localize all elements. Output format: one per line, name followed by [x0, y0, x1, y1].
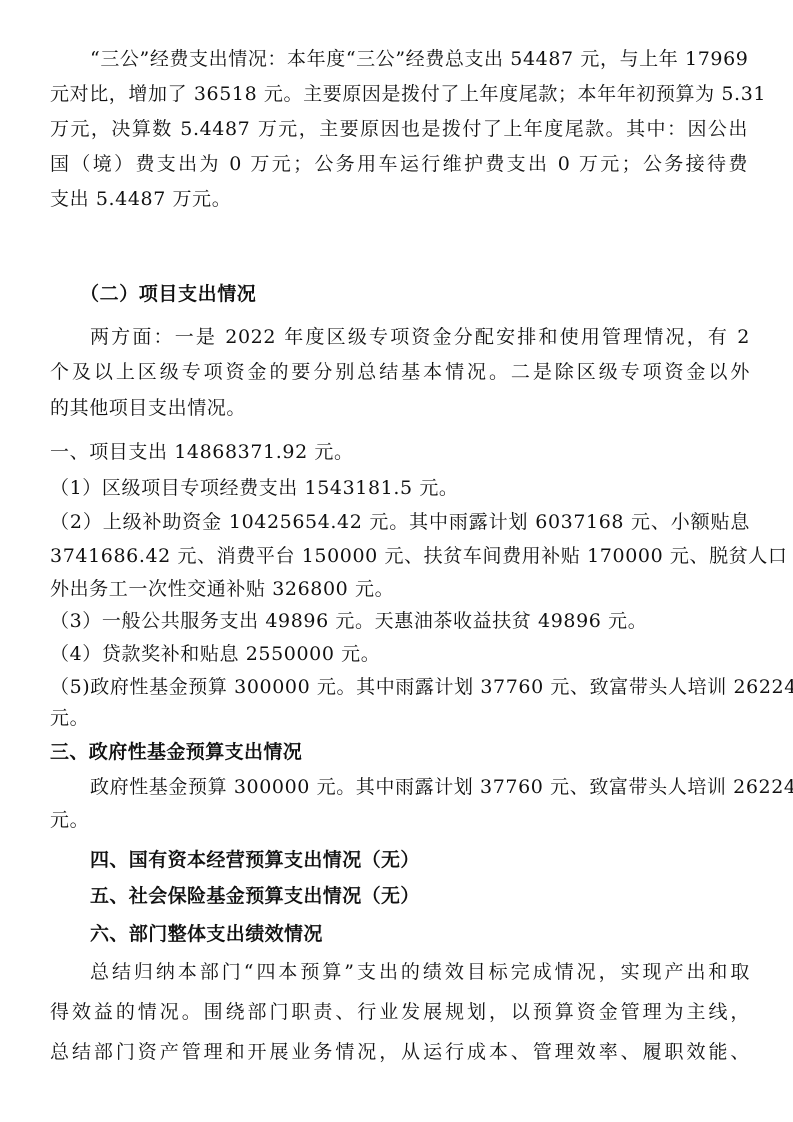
section-heading-social-insurance: 五、社会保险基金预算支出情况（无） [90, 884, 420, 908]
text: （5)政府性基金预算 300000 元。其中雨露计划 37760 元、致富带头人… [50, 675, 750, 699]
paragraph-line: 支出 5.4487 万元。 [50, 187, 231, 211]
paragraph-line: 总结归纳本部门“四本预算”支出的绩效目标完成情况，实现产出和取 [90, 960, 750, 984]
paragraph-line: 个及以上区级专项资金的要分别总结基本情况。二是除区级专项资金以外 [50, 360, 750, 384]
paragraph-line: 得效益的情况。围绕部门职责、行业发展规划，以预算资金管理为主线， [50, 1000, 750, 1024]
text: 个及以上区级专项资金的要分别总结基本情况。二是除区级专项资金以外 [50, 360, 750, 384]
text: 元对比，增加了 36518 元。主要原因是拨付了上年度尾款；本年年初预算为 5.… [50, 82, 748, 106]
text: 政府性基金预算 300000 元。其中雨露计划 37760 元、致富带头人培训 … [90, 775, 750, 799]
text: 万元，决算数 5.4487 万元，主要原因也是拨付了上年度尾款。其中：因公出 [50, 117, 748, 141]
text: 两方面：一是 2022 年度区级专项资金分配安排和使用管理情况，有 2 [90, 325, 750, 349]
text: 国（境）费支出为 0 万元；公务用车运行维护费支出 0 万元；公务接待费 [50, 152, 748, 176]
paragraph-line: 万元，决算数 5.4487 万元，主要原因也是拨付了上年度尾款。其中：因公出 [50, 117, 748, 141]
document-page: “三公”经费支出情况：本年度“三公”经费总支出 54487 元，与上年 1796… [0, 0, 793, 1122]
item-2-line: （2）上级补助资金 10425654.42 元。其中雨露计划 6037168 元… [50, 510, 750, 534]
text: （2）上级补助资金 10425654.42 元。其中雨露计划 6037168 元… [50, 510, 750, 534]
text: 总结部门资产管理和开展业务情况，从运行成本、管理效率、履职效能、 [50, 1040, 750, 1064]
item-3: （3）一般公共服务支出 49896 元。天惠油茶收益扶贫 49896 元。 [50, 609, 647, 633]
text: 得效益的情况。围绕部门职责、行业发展规划，以预算资金管理为主线， [50, 1000, 750, 1024]
item-2-line: 3741686.42 元、消费平台 150000 元、扶贫车间费用补贴 1700… [50, 544, 750, 568]
item-4: （4）贷款奖补和贴息 2550000 元。 [50, 642, 380, 666]
text: “三公”经费支出情况：本年度“三公”经费总支出 54487 元，与上年 1796… [90, 47, 748, 71]
section-heading-gov-fund: 三、政府性基金预算支出情况 [50, 740, 302, 764]
paragraph-line: 元。 [50, 808, 89, 832]
section-heading-performance: 六、部门整体支出绩效情况 [90, 922, 323, 946]
paragraph-line: 的其他项目支出情况。 [50, 396, 246, 420]
text: 3741686.42 元、消费平台 150000 元、扶贫车间费用补贴 1700… [50, 544, 750, 568]
paragraph-line: 政府性基金预算 300000 元。其中雨露计划 37760 元、致富带头人培训 … [90, 775, 750, 799]
section-heading-state-capital: 四、国有资本经营预算支出情况（无） [90, 848, 420, 872]
paragraph-line: 两方面：一是 2022 年度区级专项资金分配安排和使用管理情况，有 2 [90, 325, 750, 349]
paragraph-line: 元对比，增加了 36518 元。主要原因是拨付了上年度尾款；本年年初预算为 5.… [50, 82, 748, 106]
item-2-line: 外出务工一次性交通补贴 326800 元。 [50, 577, 394, 601]
paragraph-line: 总结部门资产管理和开展业务情况，从运行成本、管理效率、履职效能、 [50, 1040, 750, 1064]
paragraph-line: 国（境）费支出为 0 万元；公务用车运行维护费支出 0 万元；公务接待费 [50, 152, 748, 176]
paragraph-line: “三公”经费支出情况：本年度“三公”经费总支出 54487 元，与上年 1796… [90, 47, 748, 71]
text: 总结归纳本部门“四本预算”支出的绩效目标完成情况，实现产出和取 [90, 960, 750, 984]
item-1: （1）区级项目专项经费支出 1543181.5 元。 [50, 476, 459, 500]
item-5-line: 元。 [50, 706, 89, 730]
item-project-total: 一、项目支出 14868371.92 元。 [50, 440, 354, 464]
item-5-line: （5)政府性基金预算 300000 元。其中雨露计划 37760 元、致富带头人… [50, 675, 750, 699]
section-heading-project-expenditure: （二）项目支出情况 [80, 282, 256, 306]
